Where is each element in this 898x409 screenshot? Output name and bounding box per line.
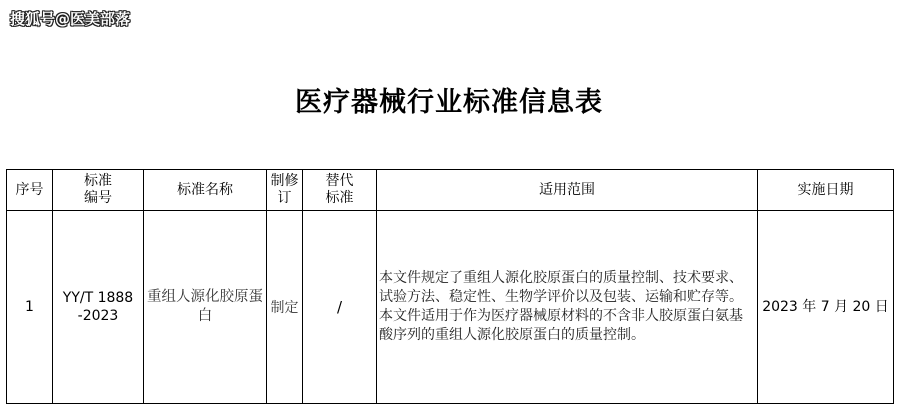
header-type-line2: 订 bbox=[278, 190, 292, 206]
header-seq: 序号 bbox=[7, 170, 53, 211]
cell-code: YY/T 1888-2023 bbox=[53, 211, 144, 404]
header-replace-line2: 标准 bbox=[326, 190, 354, 206]
cell-name: 重组人源化胶原蛋白 bbox=[144, 211, 267, 404]
standards-table: 序号 标准 编号 标准名称 制修 订 替代 标准 适用范围 实施日期 1 YY/… bbox=[6, 169, 894, 404]
cell-code-text: YY/T 1888-2023 bbox=[61, 289, 135, 325]
page-title: 医疗器械行业标准信息表 bbox=[0, 80, 898, 119]
cell-date: 2023 年 7 月 20 日 bbox=[758, 211, 894, 404]
header-date-label: 实施日期 bbox=[798, 182, 854, 198]
header-code-line1: 标准 bbox=[84, 173, 112, 189]
cell-name-text: 重组人源化胶原蛋白 bbox=[147, 289, 263, 324]
cell-replace: / bbox=[303, 211, 377, 404]
header-code-line2: 编号 bbox=[84, 190, 112, 206]
table-header-row: 序号 标准 编号 标准名称 制修 订 替代 标准 适用范围 实施日期 bbox=[7, 170, 894, 211]
table-row: 1 YY/T 1888-2023 重组人源化胶原蛋白 制定 / 本文件规定了重组… bbox=[7, 211, 894, 404]
cell-scope: 本文件规定了重组人源化胶原蛋白的质量控制、技术要求、试验方法、稳定性、生物学评价… bbox=[377, 211, 758, 404]
header-name: 标准名称 bbox=[144, 170, 267, 211]
header-code: 标准 编号 bbox=[53, 170, 144, 211]
header-seq-label: 序号 bbox=[16, 182, 44, 198]
header-scope-label: 适用范围 bbox=[539, 182, 595, 198]
header-type-line1: 制修 bbox=[271, 173, 299, 189]
cell-type: 制定 bbox=[267, 211, 303, 404]
header-name-label: 标准名称 bbox=[177, 182, 233, 198]
header-scope: 适用范围 bbox=[377, 170, 758, 211]
header-replace: 替代 标准 bbox=[303, 170, 377, 211]
header-date: 实施日期 bbox=[758, 170, 894, 211]
cell-seq: 1 bbox=[7, 211, 53, 404]
header-type: 制修 订 bbox=[267, 170, 303, 211]
watermark: 搜狐号@医美部落 bbox=[10, 8, 130, 29]
header-replace-line1: 替代 bbox=[326, 173, 354, 189]
